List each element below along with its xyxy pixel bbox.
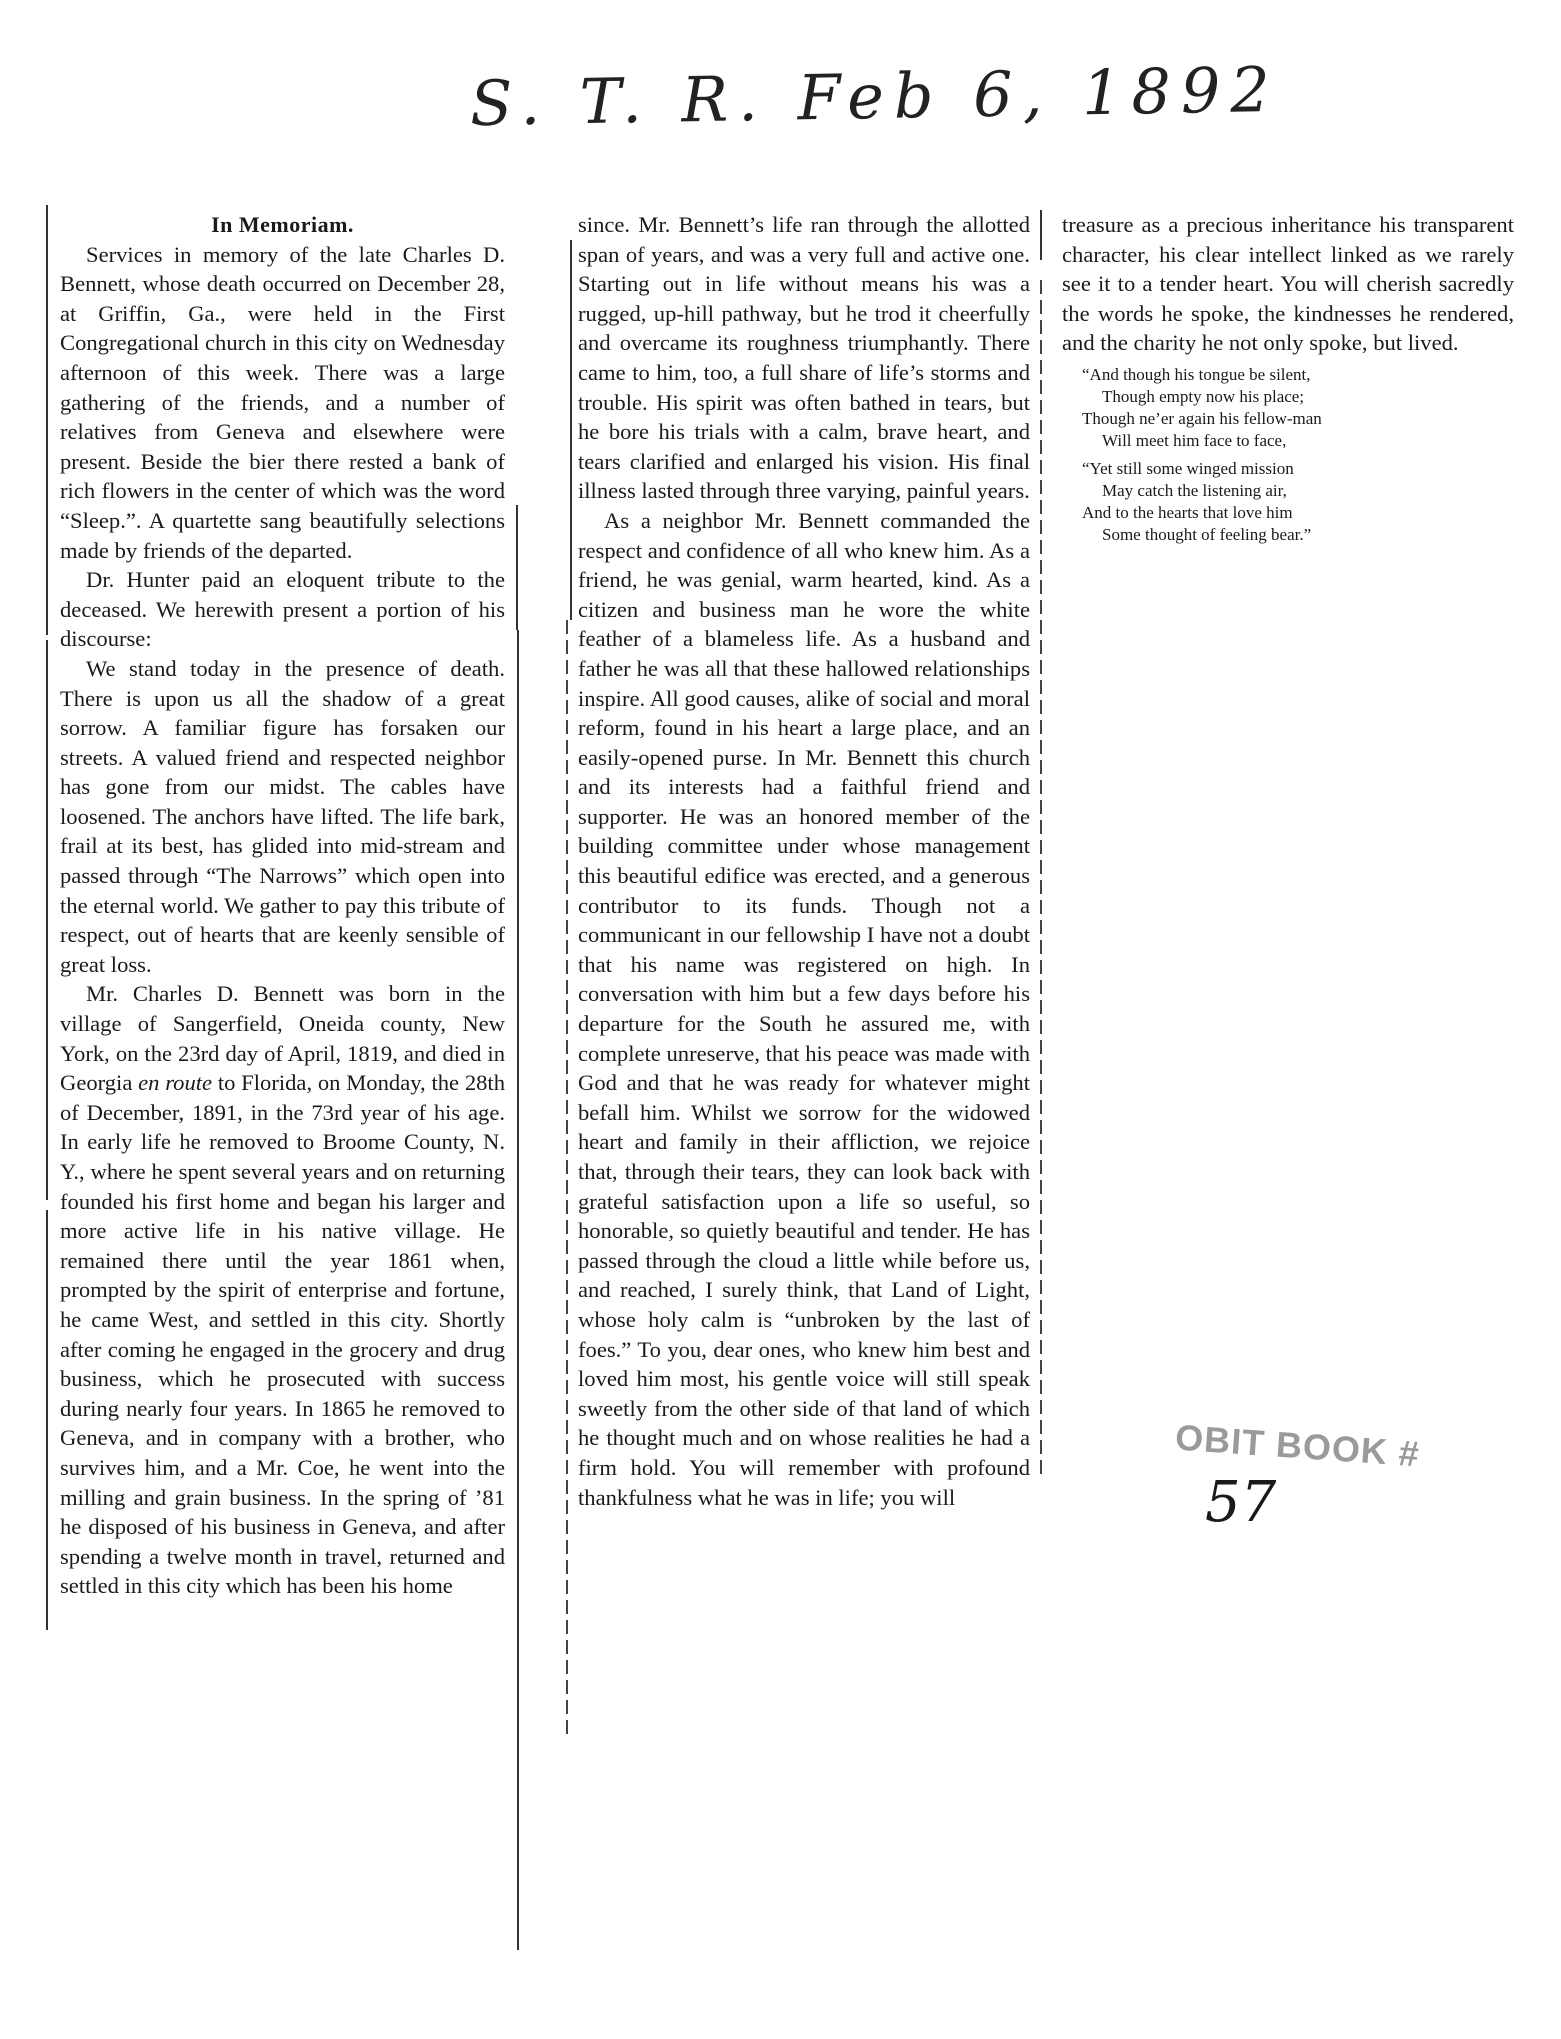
poem-line: “And though his tongue be silent, (1062, 364, 1514, 386)
poem-line: “Yet still some winged mission (1062, 458, 1514, 480)
column-rule-left-bottom (46, 1210, 48, 1630)
article-paragraph: Mr. Charles D. Bennett was born in the v… (60, 979, 505, 1600)
column-rule-mid1-lower (517, 630, 519, 1950)
obit-book-stamp: OBIT BOOK # (1174, 1417, 1421, 1476)
column-rule-mid2-left-dashed (566, 620, 568, 1740)
memorial-poem: “And though his tongue be silent, Though… (1062, 364, 1514, 546)
handwritten-source-date: S. T. R. Feb 6, 1892 (469, 53, 1280, 140)
article-paragraph: treasure as a precious inheritance his t… (1062, 210, 1514, 358)
poem-line: Will meet him face to face, (1062, 430, 1514, 452)
italic-phrase: en route (138, 1070, 212, 1095)
poem-line: May catch the listening air, (1062, 480, 1514, 502)
column-rule-mid2-left (570, 240, 572, 620)
article-paragraph: As a neighbor Mr. Bennett commanded the … (578, 506, 1030, 1512)
column-rule-left (46, 205, 48, 635)
column-rule-mid2-right (1040, 210, 1042, 260)
article-column-2: since. Mr. Bennett’s life ran through th… (578, 210, 1030, 1512)
article-column-1: In Memoriam. Services in memory of the l… (60, 210, 505, 1601)
article-paragraph: since. Mr. Bennett’s life ran through th… (578, 210, 1030, 506)
article-paragraph: Dr. Hunter paid an eloquent tribute to t… (60, 565, 505, 654)
poem-line: And to the hearts that love him (1062, 502, 1514, 524)
poem-line: Though empty now his place; (1062, 386, 1514, 408)
column-rule-mid1 (516, 505, 518, 630)
obit-book-number: 57 (1205, 1470, 1276, 1535)
poem-line: Some thought of feeling bear.” (1062, 524, 1514, 546)
column-rule-left-lower (46, 640, 48, 1200)
article-paragraph: Services in memory of the late Charles D… (60, 240, 505, 566)
poem-line: Though ne’er again his fellow-man (1062, 408, 1514, 430)
article-title: In Memoriam. (60, 210, 505, 240)
column-rule-mid2-right-dashed (1040, 280, 1042, 1480)
article-column-3: treasure as a precious inheritance his t… (1062, 210, 1514, 546)
article-paragraph: We stand today in the presence of death.… (60, 654, 505, 980)
